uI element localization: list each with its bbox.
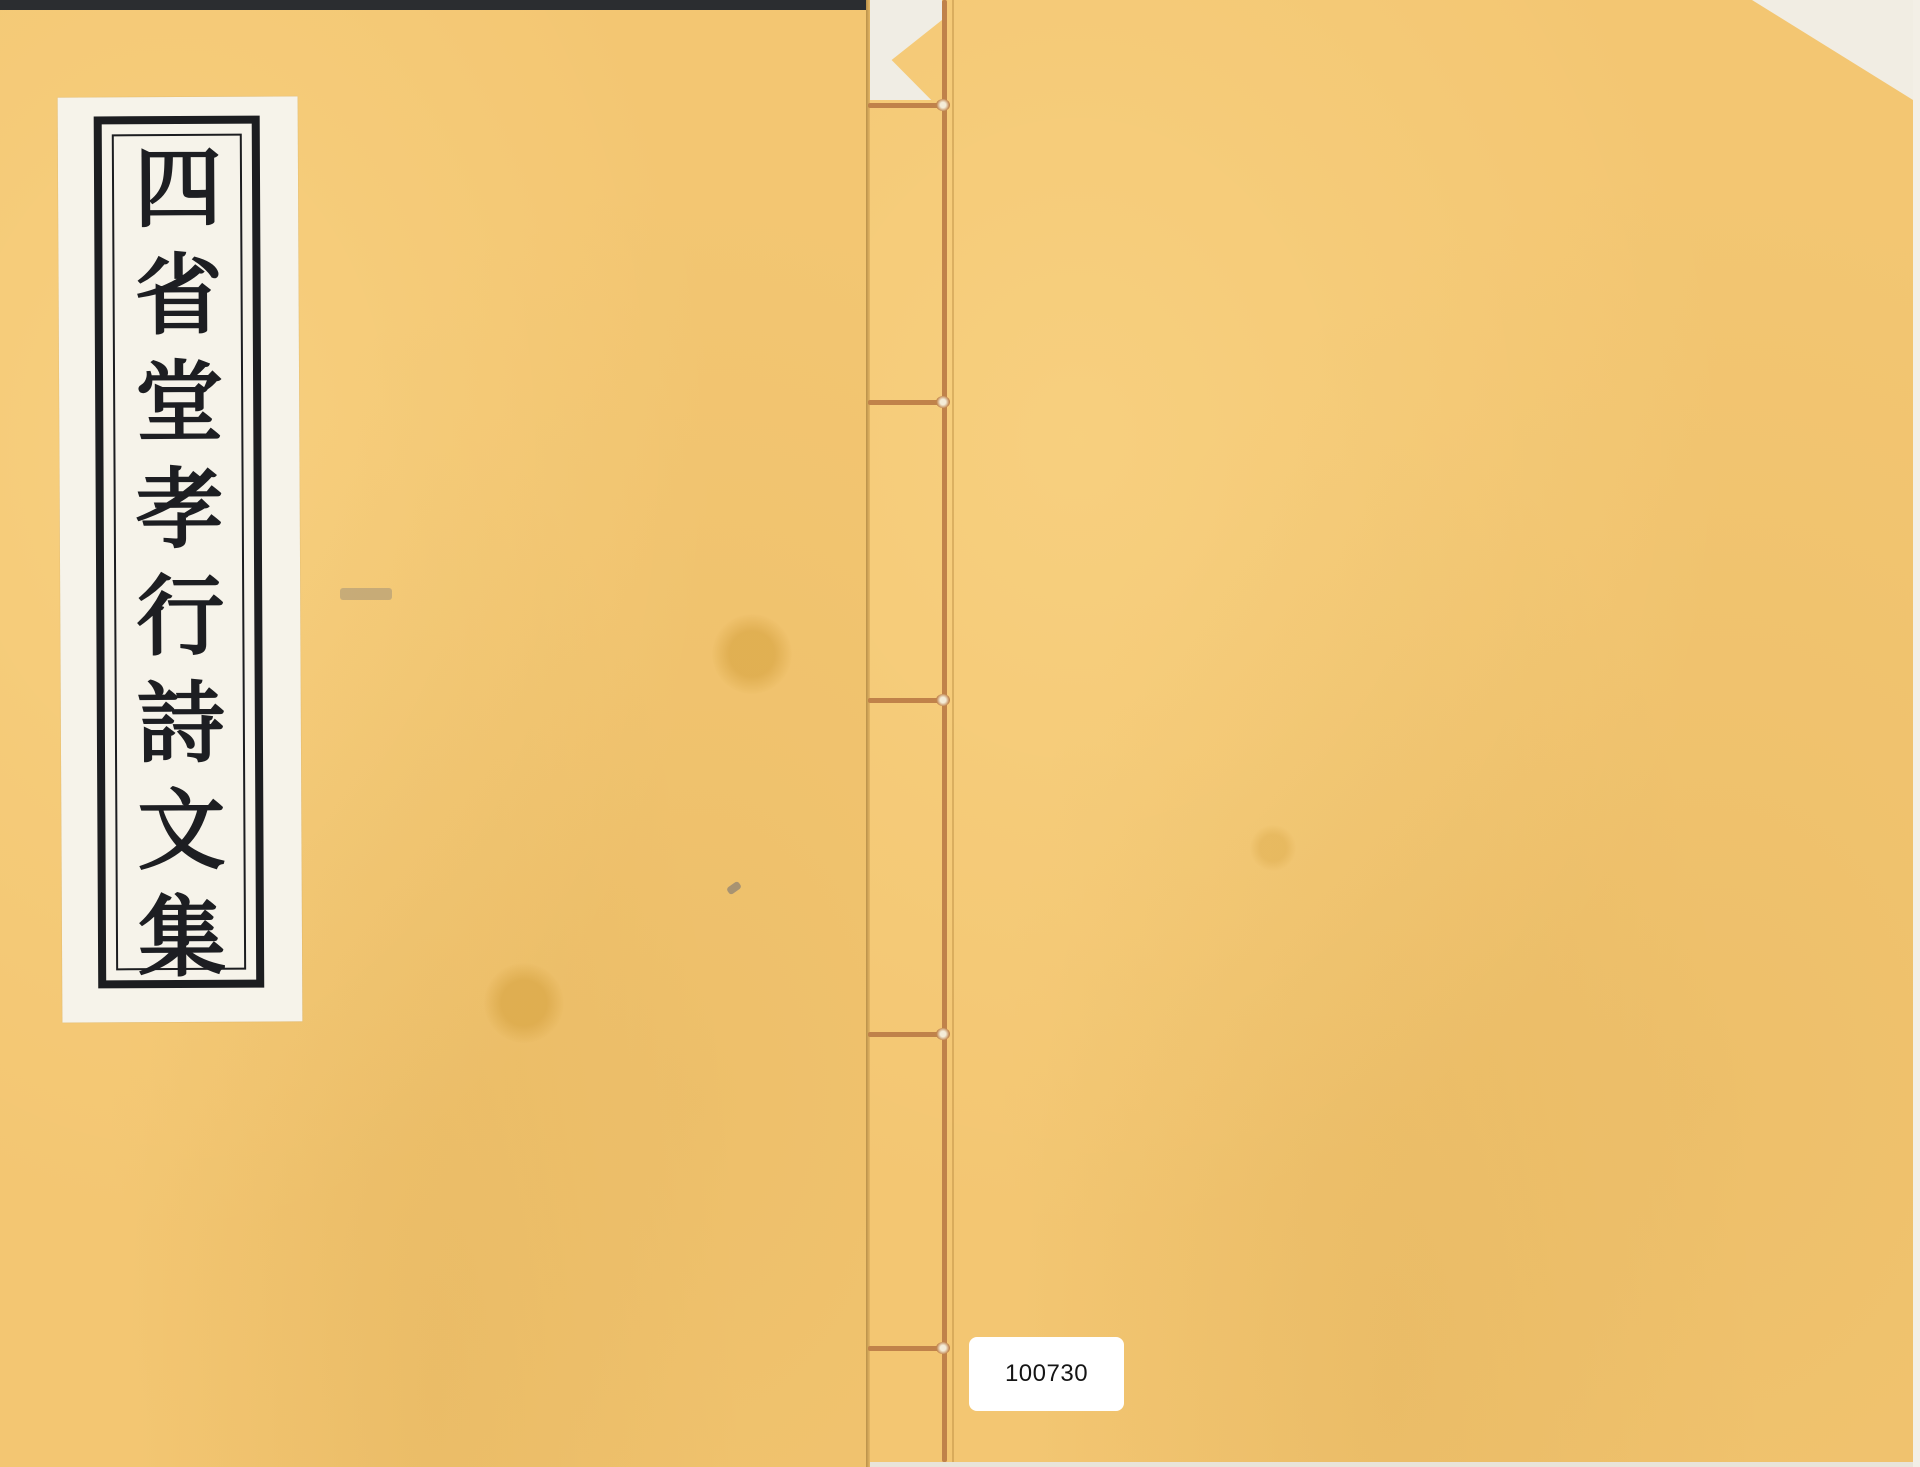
binding-thread-vertical bbox=[942, 0, 947, 1462]
title-char: 孝 bbox=[135, 458, 224, 561]
spine-fold bbox=[952, 0, 954, 1462]
title-char: 文 bbox=[137, 779, 226, 882]
catalog-sticker: 100730 bbox=[969, 1337, 1124, 1411]
catalog-number: 100730 bbox=[1005, 1360, 1088, 1388]
stitch-hole-icon bbox=[936, 694, 950, 706]
stitch-hole-icon bbox=[936, 396, 950, 408]
stain bbox=[712, 614, 792, 694]
title-char: 詩 bbox=[137, 672, 226, 775]
book-title: 四 省 堂 孝 行 詩 文 集 bbox=[58, 136, 302, 989]
stitch-hole-icon bbox=[936, 99, 950, 111]
title-char: 省 bbox=[134, 244, 223, 347]
stitch-hole-icon bbox=[936, 1028, 950, 1040]
title-char: 集 bbox=[138, 886, 227, 989]
binding-stitch bbox=[868, 103, 946, 108]
back-cover bbox=[868, 0, 1913, 1462]
scan-top-edge bbox=[0, 0, 868, 10]
stitch-hole-icon bbox=[936, 1342, 950, 1354]
binding-stitch bbox=[868, 400, 946, 405]
title-char: 四 bbox=[134, 137, 223, 240]
title-char: 行 bbox=[136, 565, 225, 668]
smudge bbox=[340, 588, 392, 600]
page-edge bbox=[1913, 0, 1920, 1467]
spine-edge bbox=[866, 0, 870, 1467]
stain bbox=[484, 963, 564, 1043]
binding-stitch bbox=[868, 698, 946, 703]
binding-stitch bbox=[868, 1032, 946, 1037]
title-char: 堂 bbox=[135, 351, 224, 454]
title-label: 四 省 堂 孝 行 詩 文 集 bbox=[58, 96, 303, 1022]
stain bbox=[1250, 825, 1296, 871]
binding-stitch bbox=[868, 1346, 946, 1351]
